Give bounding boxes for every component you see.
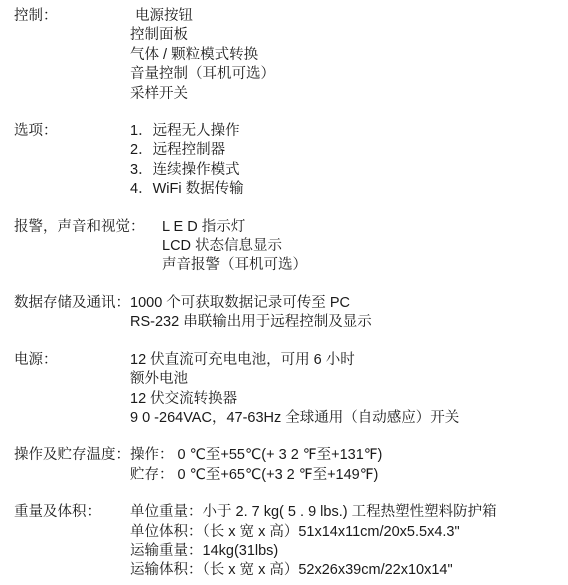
spec-value-line: 1．远程无人操作 xyxy=(130,122,562,141)
spec-label-power: 电源： xyxy=(14,351,130,370)
spec-label-options: 选项： xyxy=(14,122,130,141)
spec-label-alarms: 报警，声音和视觉： xyxy=(14,218,130,237)
spec-value-line: 贮存： 0 ℃至+65℃(+3 2 ℉至+149℉) xyxy=(130,466,562,485)
spec-value-line: 1000 个可获取数据记录可传至 PC xyxy=(130,294,562,313)
spec-section-alarms: 报警，声音和视觉： L E D 指示灯 LCD 状态信息显示 声音报警（耳机可选… xyxy=(14,218,562,276)
spec-value-line: 2．远程控制器 xyxy=(130,141,562,160)
spec-label-weight-volume: 重量及体积： xyxy=(14,503,130,522)
spec-value-line: 音量控制（耳机可选） xyxy=(130,65,562,84)
spec-value-line: 操作： 0 ℃至+55℃(+ 3 2 ℉至+131℉) xyxy=(130,446,562,465)
spec-value-line: L E D 指示灯 xyxy=(162,218,562,237)
spec-value-line: 12 伏直流可充电电池，可用 6 小时 xyxy=(130,351,562,370)
spec-section-controls: 控制： 电源按钮 控制面板 气体 / 颗粒模式转换 音量控制（耳机可选） 采样开… xyxy=(14,7,562,104)
spec-value-line: 单位重量：小于 2. 7 kg( 5 . 9 lbs.) 工程热塑性塑料防护箱 xyxy=(130,503,562,522)
spec-value-line: 气体 / 颗粒模式转换 xyxy=(130,46,562,65)
spec-section-temperature: 操作及贮存温度： 操作： 0 ℃至+55℃(+ 3 2 ℉至+131℉) 贮存：… xyxy=(14,446,562,485)
spec-value-line: 单位体积：（长 x 宽 x 高）51x14x11cm/20x5.5x4.3" xyxy=(130,523,562,542)
spec-label-temperature: 操作及贮存温度： xyxy=(14,446,130,465)
spec-section-power: 电源： 12 伏直流可充电电池，可用 6 小时 额外电池 12 伏交流转换器 9… xyxy=(14,351,562,429)
spec-values-data-storage: 1000 个可获取数据记录可传至 PC RS-232 串联输出用于远程控制及显示 xyxy=(130,294,562,333)
spec-value-line: 采样开关 xyxy=(130,85,562,104)
spec-value-line: 运输重量：14kg(31lbs) xyxy=(130,542,562,561)
spec-value-line: 4．WiFi 数据传输 xyxy=(130,180,562,199)
spec-value-line: 3．连续操作模式 xyxy=(130,161,562,180)
spec-values-controls: 电源按钮 控制面板 气体 / 颗粒模式转换 音量控制（耳机可选） 采样开关 xyxy=(130,7,562,104)
spec-values-weight-volume: 单位重量：小于 2. 7 kg( 5 . 9 lbs.) 工程热塑性塑料防护箱 … xyxy=(130,503,562,581)
spec-section-data-storage: 数据存储及通讯： 1000 个可获取数据记录可传至 PC RS-232 串联输出… xyxy=(14,294,562,333)
spec-value-line: 声音报警（耳机可选） xyxy=(162,256,562,275)
spec-section-weight-volume: 重量及体积： 单位重量：小于 2. 7 kg( 5 . 9 lbs.) 工程热塑… xyxy=(14,503,562,581)
spec-value-line: 9 0 -264VAC，47-63Hz 全球通用（自动感应）开关 xyxy=(130,409,562,428)
spec-section-options: 选项： 1．远程无人操作 2．远程控制器 3．连续操作模式 4．WiFi 数据传… xyxy=(14,122,562,200)
spec-value-line: 12 伏交流转换器 xyxy=(130,390,562,409)
spec-value-line: LCD 状态信息显示 xyxy=(162,237,562,256)
spec-values-alarms: L E D 指示灯 LCD 状态信息显示 声音报警（耳机可选） xyxy=(162,218,562,276)
spec-values-power: 12 伏直流可充电电池，可用 6 小时 额外电池 12 伏交流转换器 9 0 -… xyxy=(130,351,562,429)
spec-value-line: RS-232 串联输出用于远程控制及显示 xyxy=(130,313,562,332)
spec-label-controls: 控制： xyxy=(14,7,130,26)
spec-values-temperature: 操作： 0 ℃至+55℃(+ 3 2 ℉至+131℉) 贮存： 0 ℃至+65℃… xyxy=(130,446,562,485)
spec-document-page: 控制： 电源按钮 控制面板 气体 / 颗粒模式转换 音量控制（耳机可选） 采样开… xyxy=(0,0,568,585)
spec-value-line: 运输体积：（长 x 宽 x 高）52x26x39cm/22x10x14" xyxy=(130,561,562,580)
spec-value-line: 控制面板 xyxy=(130,26,562,45)
spec-value-line: 电源按钮 xyxy=(130,7,562,26)
spec-values-options: 1．远程无人操作 2．远程控制器 3．连续操作模式 4．WiFi 数据传输 xyxy=(130,122,562,200)
spec-value-line: 额外电池 xyxy=(130,370,562,389)
spec-label-data-storage: 数据存储及通讯： xyxy=(14,294,130,313)
